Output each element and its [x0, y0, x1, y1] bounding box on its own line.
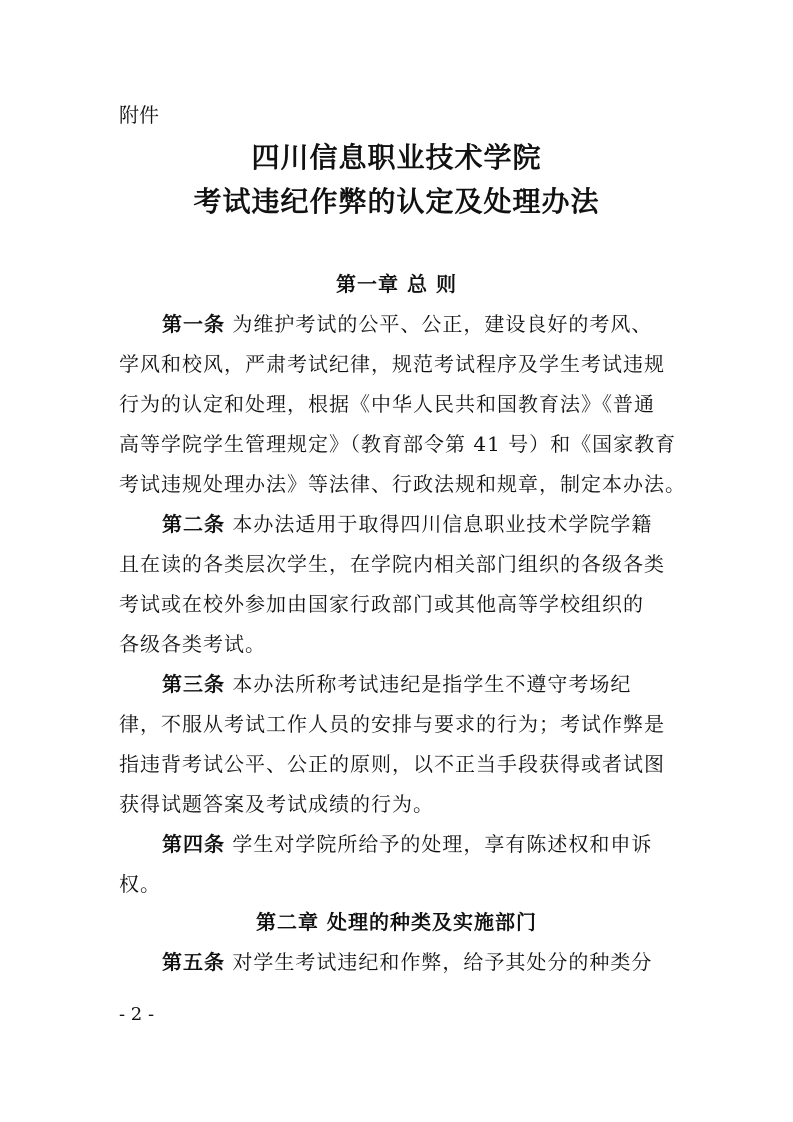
article-line: 学风和校风，严肃考试纪律，规范考试程序及学生考试违规	[119, 350, 665, 378]
article-line: 考试违规处理办法》等法律、行政法规和规章，制定本办法。	[119, 470, 686, 498]
page-number: - 2 -	[119, 1003, 154, 1027]
article-line: 且在读的各类层次学生，在学院内相关部门组织的各级各类	[119, 550, 665, 578]
article-line: 获得试题答案及考试成绩的行为。	[119, 790, 434, 818]
article-line: 考试或在校外参加由国家行政部门或其他高等学校组织的	[119, 590, 644, 618]
article-2-first-line: 第二条 本办法适用于取得四川信息职业技术学院学籍	[162, 510, 652, 538]
attachment-label: 附件	[119, 102, 159, 128]
article-line: 行为的认定和处理，根据《中华人民共和国教育法》《普通	[119, 390, 655, 418]
article-1-first-line: 第一条 为维护考试的公平、公正，建设良好的考风、	[162, 310, 652, 338]
article-line: 高等学院学生管理规定》（教育部令第 41 号）和《国家教育	[119, 430, 676, 458]
article-text: 对学生考试违纪和作弊，给予其处分的种类分	[232, 950, 652, 974]
article-text: 本办法适用于取得四川信息职业技术学院学籍	[232, 512, 652, 536]
article-5-first-line: 第五条 对学生考试违纪和作弊，给予其处分的种类分	[162, 948, 652, 976]
document-title-line1: 四川信息职业技术学院	[0, 138, 793, 178]
article-label: 第五条	[162, 950, 225, 974]
article-label: 第三条	[162, 672, 225, 696]
article-label: 第一条	[162, 312, 225, 336]
article-label: 第二条	[162, 512, 225, 536]
article-line: 各级各类考试。	[119, 630, 266, 658]
article-line: 律，不服从考试工作人员的安排与要求的行为；考试作弊是	[119, 710, 665, 738]
article-text: 本办法所称考试违纪是指学生不遵守考场纪	[232, 672, 631, 696]
article-3-first-line: 第三条 本办法所称考试违纪是指学生不遵守考场纪	[162, 670, 631, 698]
article-label: 第四条	[162, 832, 225, 856]
article-4-first-line: 第四条 学生对学院所给予的处理，享有陈述权和申诉	[162, 830, 652, 858]
article-text: 为维护考试的公平、公正，建设良好的考风、	[232, 312, 652, 336]
chapter-heading-2: 第二章 处理的种类及实施部门	[0, 908, 793, 936]
article-line: 权。	[119, 870, 161, 898]
article-line: 指违背考试公平、公正的原则，以不正当手段获得或者试图	[119, 750, 665, 778]
article-text: 学生对学院所给予的处理，享有陈述权和申诉	[232, 832, 652, 856]
chapter-heading-1: 第一章 总 则	[0, 270, 793, 298]
document-title-line2: 考试违纪作弊的认定及处理办法	[0, 182, 793, 222]
document-page: 附件 四川信息职业技术学院 考试违纪作弊的认定及处理办法 第一章 总 则 第一条…	[0, 0, 793, 1122]
